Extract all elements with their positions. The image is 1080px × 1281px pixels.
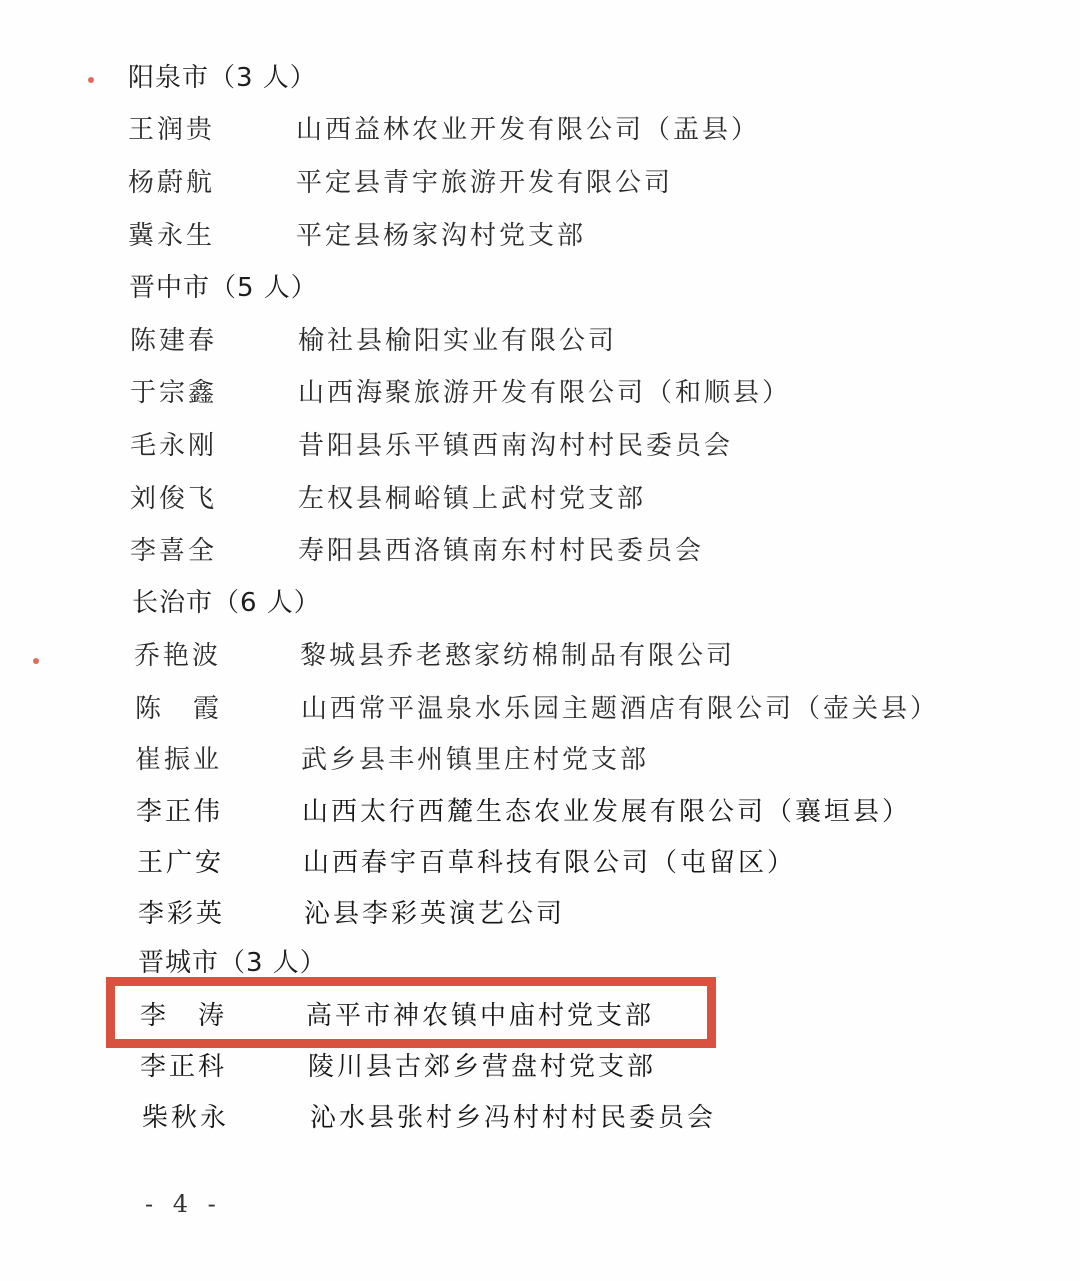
list-item: 李喜全 寿阳县西洛镇南东村村民委员会 xyxy=(130,531,930,571)
list-item-highlighted: 李 涛 高平市神农镇中庙村党支部 xyxy=(140,996,940,1036)
list-item: 王润贵 山西益林农业开发有限公司（盂县） xyxy=(128,110,928,150)
organization: 山西春宇百草科技有限公司（屯留区） xyxy=(303,843,796,883)
list-item: 李正伟 山西太行西麓生态农业发展有限公司（襄垣县） xyxy=(136,792,986,832)
organization: 榆社县榆阳实业有限公司 xyxy=(298,321,617,361)
list-item: 李彩英 沁县李彩英演艺公司 xyxy=(138,894,988,934)
page-number: - 4 - xyxy=(145,1190,222,1218)
list-item: 杨蔚航 平定县青宇旅游开发有限公司 xyxy=(128,163,928,203)
section-heading-yangquan: 阳泉市（3 人） xyxy=(128,58,317,98)
section-heading-jinzhong: 晋中市（5 人） xyxy=(129,268,318,308)
person-name: 陈 霞 xyxy=(135,689,222,729)
organization: 平定县杨家沟村党支部 xyxy=(296,216,586,256)
organization: 左权县桐峪镇上武村党支部 xyxy=(298,479,646,519)
organization: 陵川县古郊乡营盘村党支部 xyxy=(308,1047,656,1087)
red-dot-mark xyxy=(88,77,94,83)
person-name: 毛永刚 xyxy=(130,426,217,466)
organization: 高平市神农镇中庙村党支部 xyxy=(306,996,654,1036)
organization: 武乡县丰州镇里庄村党支部 xyxy=(301,740,649,780)
organization: 沁水县张村乡冯村村村民委员会 xyxy=(310,1098,716,1138)
person-name: 柴秋永 xyxy=(142,1098,229,1138)
person-name: 李正伟 xyxy=(136,792,223,832)
organization: 沁县李彩英演艺公司 xyxy=(304,894,565,934)
list-item: 刘俊飞 左权县桐峪镇上武村党支部 xyxy=(130,479,930,519)
list-item: 崔振业 武乡县丰州镇里庄村党支部 xyxy=(135,740,985,780)
organization: 平定县青宇旅游开发有限公司 xyxy=(296,163,673,203)
person-name: 李彩英 xyxy=(138,894,225,934)
list-item: 毛永刚 昔阳县乐平镇西南沟村村民委员会 xyxy=(130,426,930,466)
person-name: 王润贵 xyxy=(128,110,215,150)
person-name: 李 涛 xyxy=(140,996,227,1036)
list-item: 陈 霞 山西常平温泉水乐园主题酒店有限公司（壶关县） xyxy=(135,689,985,729)
person-name: 王广安 xyxy=(137,843,224,883)
person-name: 冀永生 xyxy=(128,216,215,256)
list-item: 李正科 陵川县古郊乡营盘村党支部 xyxy=(140,1047,940,1087)
organization: 山西常平温泉水乐园主题酒店有限公司（壶关县） xyxy=(301,689,939,729)
person-name: 乔艳波 xyxy=(134,636,221,676)
person-name: 陈建春 xyxy=(130,321,217,361)
list-item: 冀永生 平定县杨家沟村党支部 xyxy=(128,216,928,256)
organization: 山西海聚旅游开发有限公司（和顺县） xyxy=(298,373,791,413)
red-dot-mark xyxy=(33,658,39,664)
section-heading-changzhi: 长治市（6 人） xyxy=(132,583,321,623)
organization: 寿阳县西洛镇南东村村民委员会 xyxy=(298,531,704,571)
organization: 山西益林农业开发有限公司（盂县） xyxy=(296,110,760,150)
list-item: 于宗鑫 山西海聚旅游开发有限公司（和顺县） xyxy=(130,373,930,413)
organization: 昔阳县乐平镇西南沟村村民委员会 xyxy=(298,426,733,466)
list-item: 王广安 山西春宇百草科技有限公司（屯留区） xyxy=(137,843,987,883)
person-name: 崔振业 xyxy=(135,740,222,780)
document-page: 阳泉市（3 人） 王润贵 山西益林农业开发有限公司（盂县） 杨蔚航 平定县青宇旅… xyxy=(0,0,1080,1281)
person-name: 于宗鑫 xyxy=(130,373,217,413)
organization: 山西太行西麓生态农业发展有限公司（襄垣县） xyxy=(302,792,911,832)
organization: 黎城县乔老憨家纺棉制品有限公司 xyxy=(300,636,735,676)
list-item: 柴秋永 沁水县张村乡冯村村村民委员会 xyxy=(142,1098,942,1138)
list-item: 陈建春 榆社县榆阳实业有限公司 xyxy=(130,321,930,361)
person-name: 李喜全 xyxy=(130,531,217,571)
person-name: 杨蔚航 xyxy=(128,163,215,203)
person-name: 李正科 xyxy=(140,1047,227,1087)
list-item: 乔艳波 黎城县乔老憨家纺棉制品有限公司 xyxy=(134,636,984,676)
person-name: 刘俊飞 xyxy=(130,479,217,519)
